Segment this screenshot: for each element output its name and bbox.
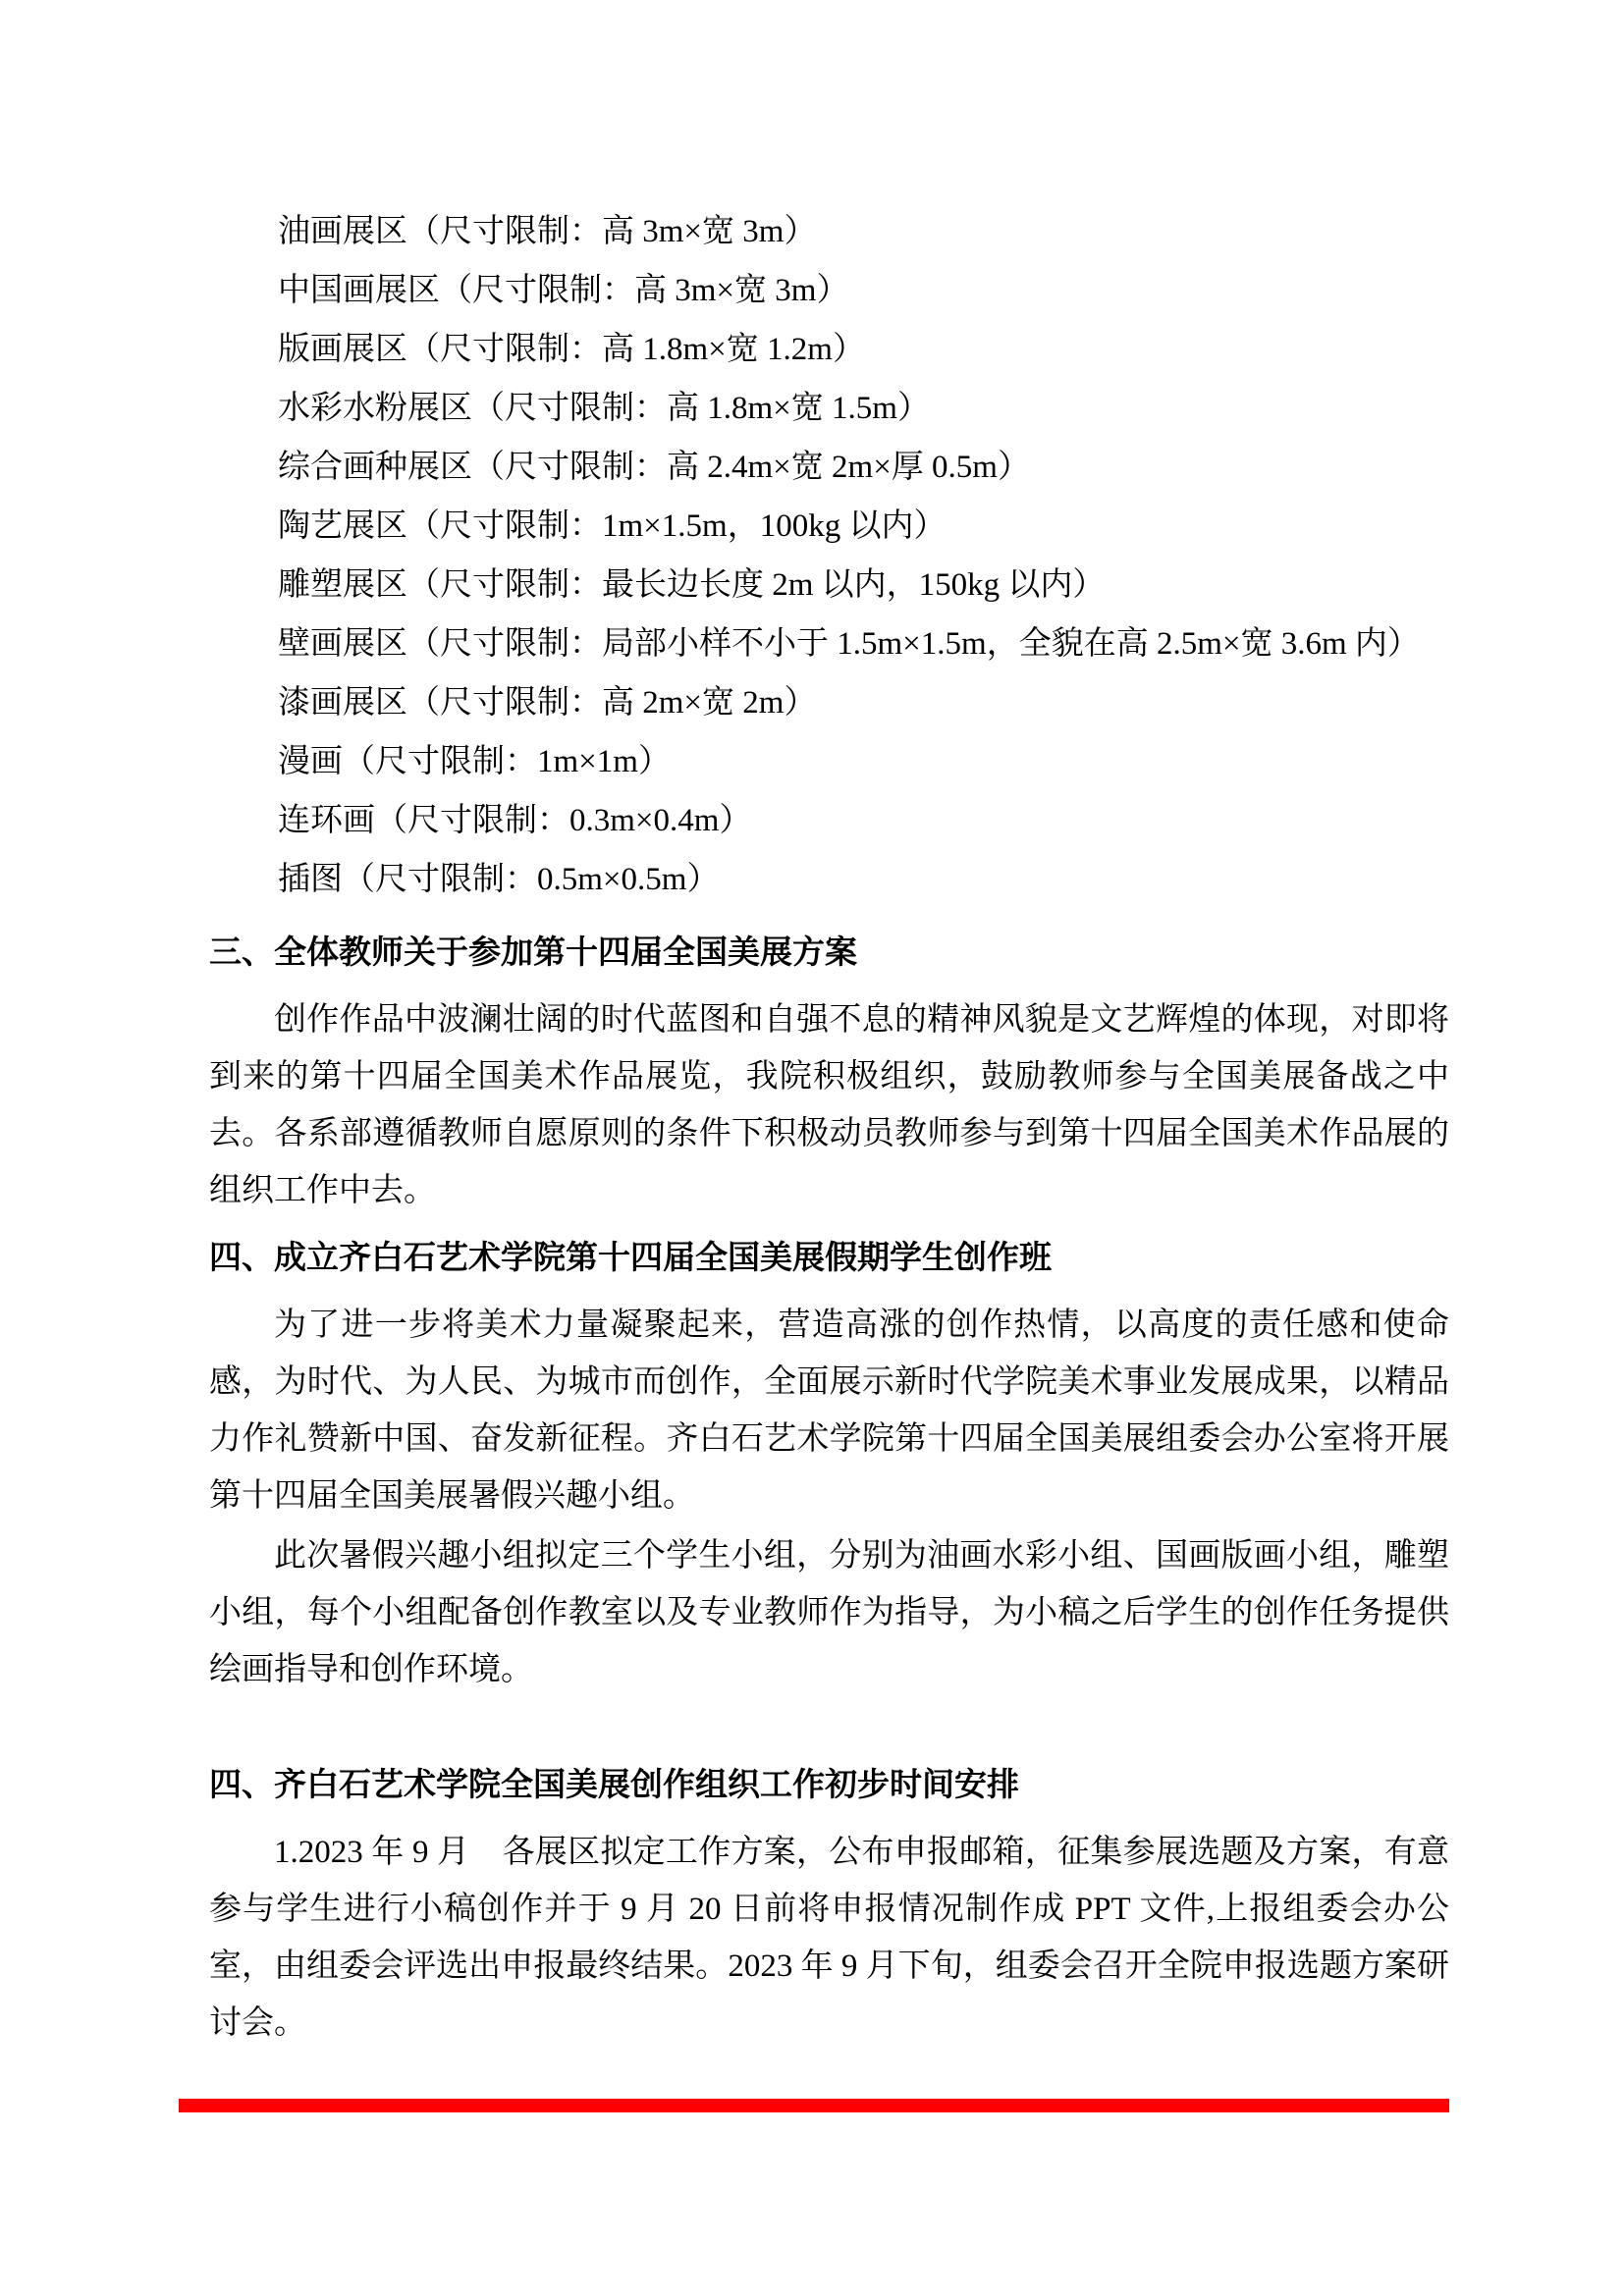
list-item-ceramics: 陶艺展区（尺寸限制：1m×1.5m，100kg 以内） (209, 497, 1449, 556)
paragraph-teachers-plan: 创作作品中波澜壮阔的时代蓝图和自强不息的精神风貌是文艺辉煌的体现，对即将到来的第… (209, 991, 1449, 1219)
paragraph-workshop-purpose: 为了进一步将美术力量凝聚起来，营造高涨的创作热情，以高度的责任感和使命感，为时代… (209, 1297, 1449, 1524)
list-item-mural: 壁画展区（尺寸限制：局部小样不小于 1.5m×1.5m，全貌在高 2.5m×宽 … (209, 614, 1449, 673)
list-item-picture-story: 连环画（尺寸限制：0.3m×0.4m） (209, 791, 1449, 850)
section-heading-schedule: 四、齐白石艺术学院全国美展创作组织工作初步时间安排 (209, 1755, 1449, 1814)
list-item-sculpture: 雕塑展区（尺寸限制：最长边长度 2m 以内，150kg 以内） (209, 556, 1449, 614)
exhibition-size-rule-list: 油画展区（尺寸限制：高 3m×宽 3m） 中国画展区（尺寸限制：高 3m×宽 3… (209, 202, 1449, 909)
list-item-chinese-painting: 中国画展区（尺寸限制：高 3m×宽 3m） (209, 261, 1449, 320)
list-item-comic: 漫画（尺寸限制：1m×1m） (209, 732, 1449, 791)
list-item-oil-painting: 油画展区（尺寸限制：高 3m×宽 3m） (209, 202, 1449, 261)
list-item-watercolor-gouache: 水彩水粉展区（尺寸限制：高 1.8m×宽 1.5m） (209, 379, 1449, 438)
list-item-printmaking: 版画展区（尺寸限制：高 1.8m×宽 1.2m） (209, 320, 1449, 379)
list-item-lacquer-painting: 漆画展区（尺寸限制：高 2m×宽 2m） (209, 673, 1449, 732)
list-item-illustration: 插图（尺寸限制：0.5m×0.5m） (209, 850, 1449, 909)
section-heading-student-workshop: 四、成立齐白石艺术学院第十四届全国美展假期学生创作班 (209, 1228, 1449, 1287)
content-column: 油画展区（尺寸限制：高 3m×宽 3m） 中国画展区（尺寸限制：高 3m×宽 3… (209, 0, 1449, 2052)
red-divider-bar (179, 2099, 1449, 2112)
document-page: 油画展区（尺寸限制：高 3m×宽 3m） 中国画展区（尺寸限制：高 3m×宽 3… (0, 0, 1624, 2296)
list-item-mixed-media: 综合画种展区（尺寸限制：高 2.4m×宽 2m×厚 0.5m） (209, 438, 1449, 497)
paragraph-schedule-september: 1.2023 年 9 月 各展区拟定工作方案，公布申报邮箱，征集参展选题及方案，… (209, 1824, 1449, 2052)
section-heading-teachers-plan: 三、全体教师关于参加第十四届全国美展方案 (209, 923, 1449, 982)
paragraph-workshop-groups: 此次暑假兴趣小组拟定三个学生小组，分别为油画水彩小组、国画版画小组，雕塑小组，每… (209, 1527, 1449, 1698)
